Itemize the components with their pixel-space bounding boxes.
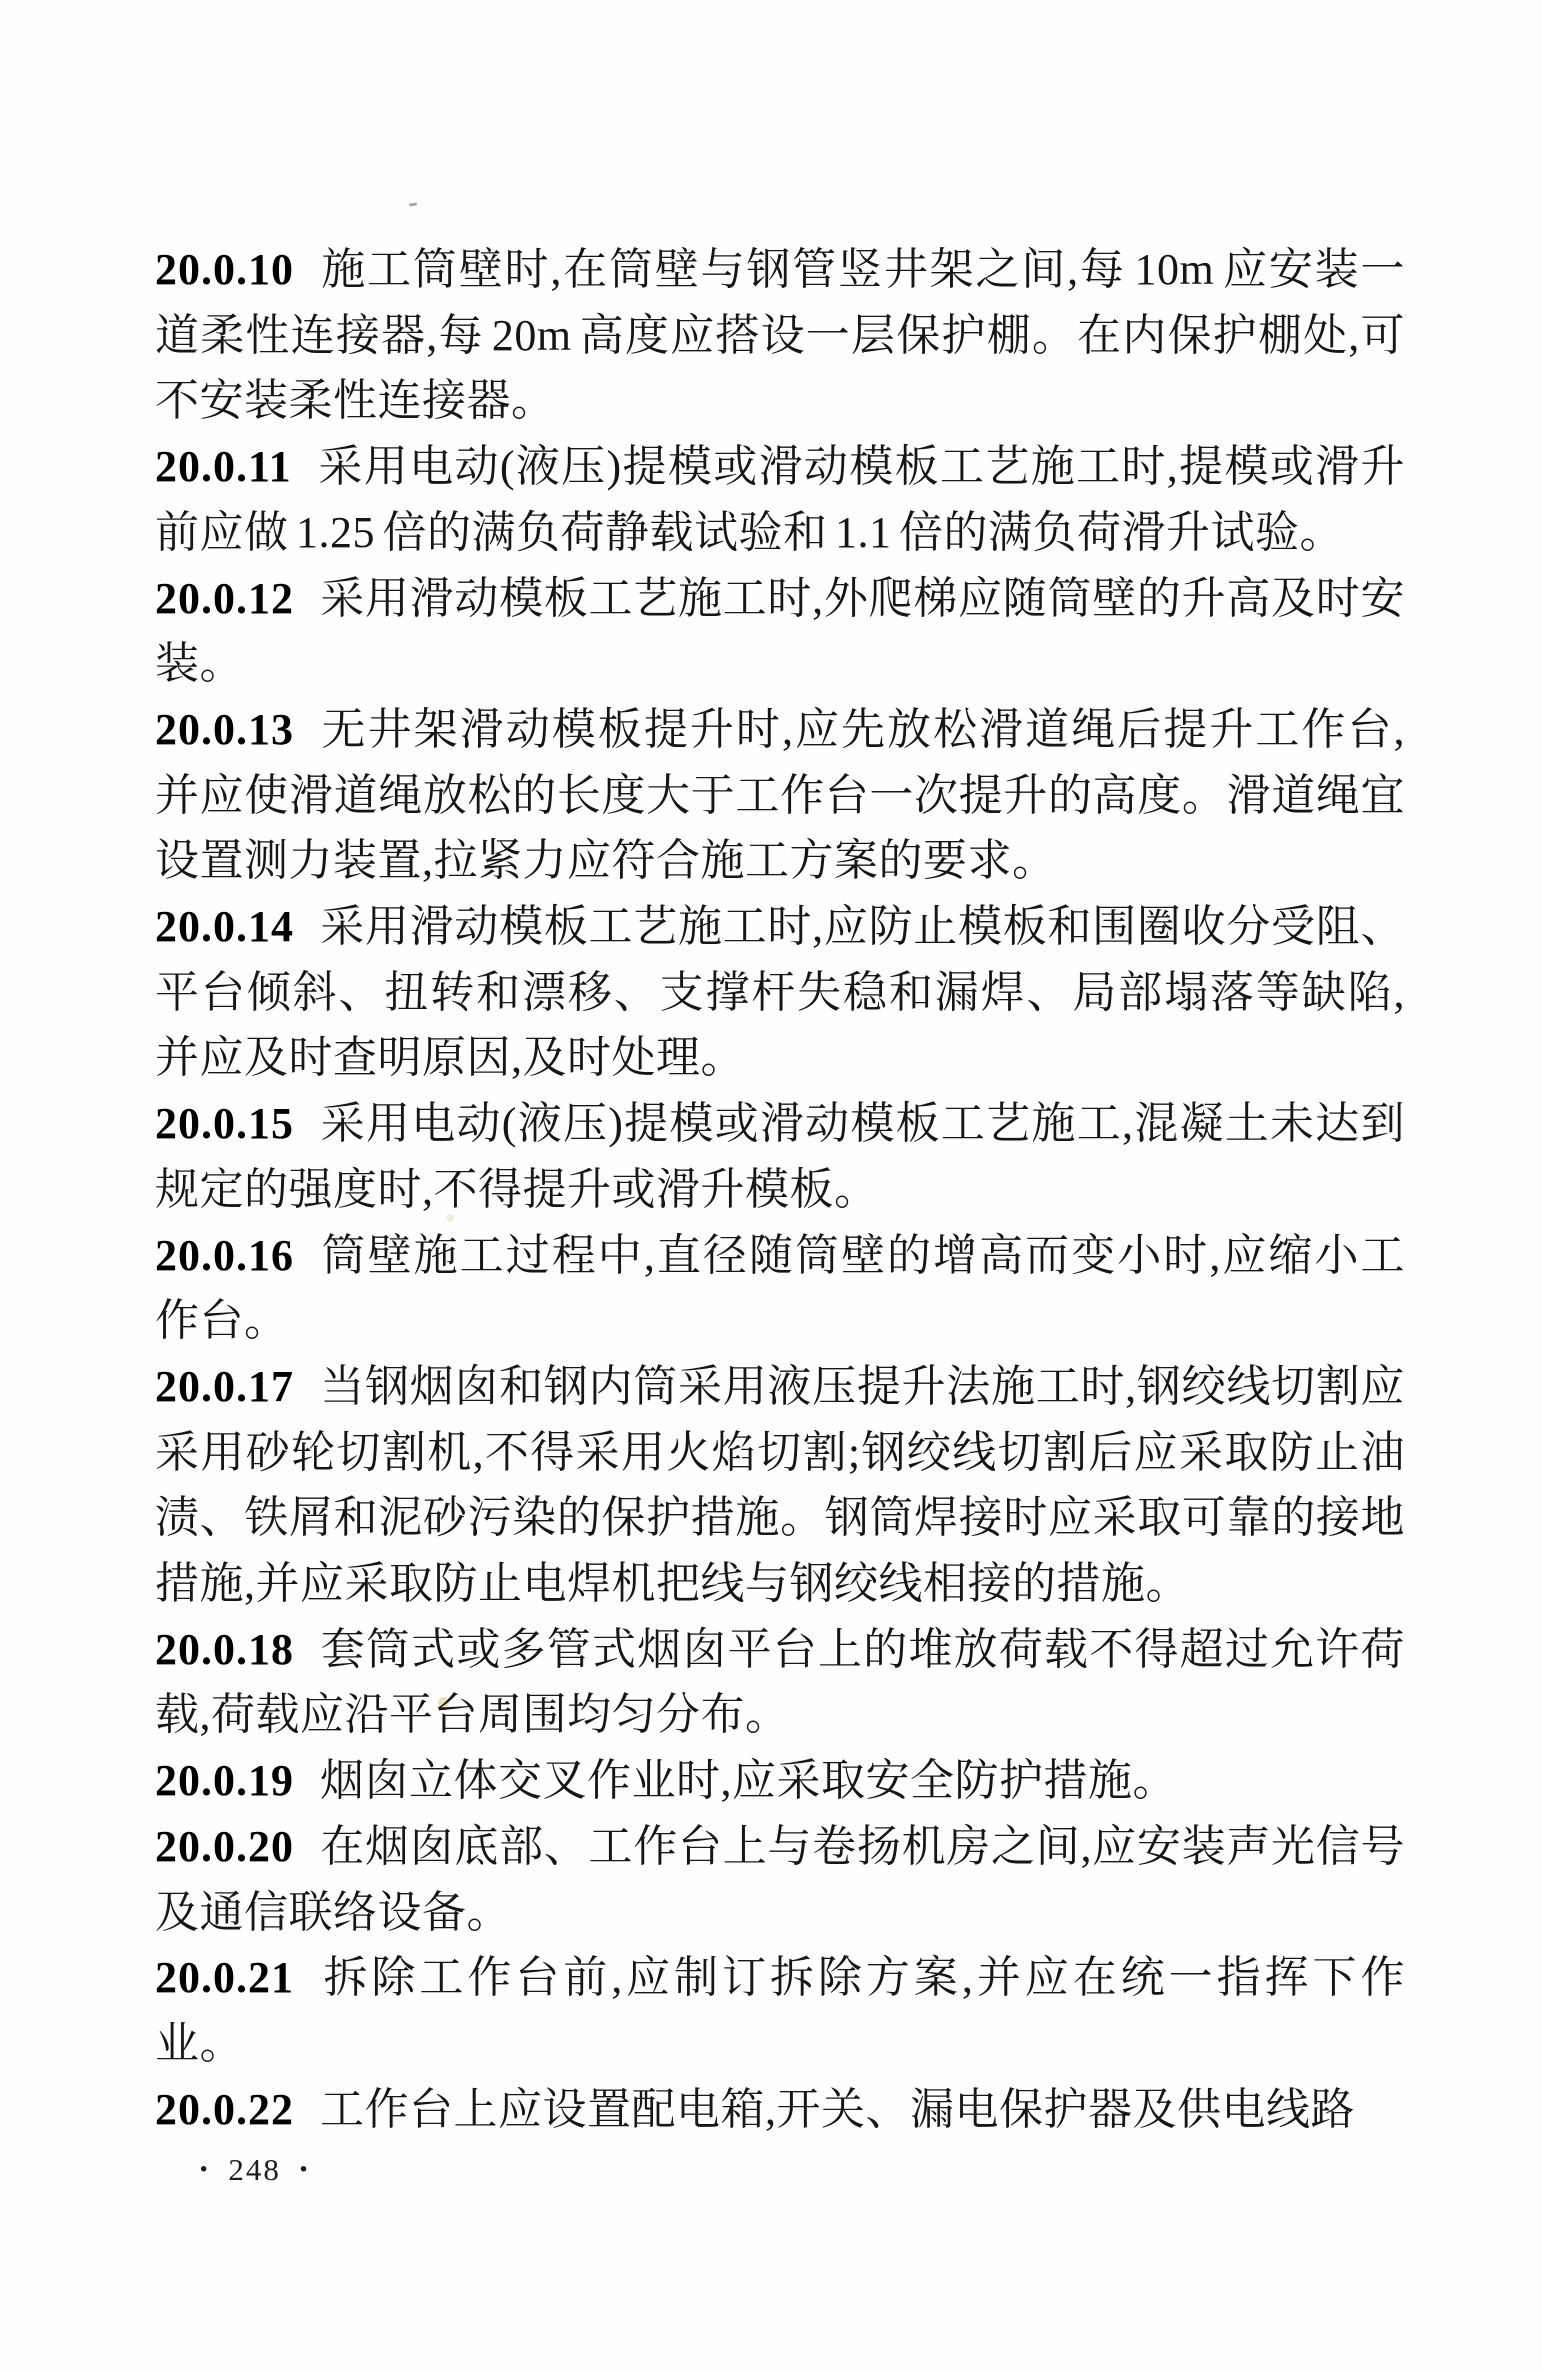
clause-20-0-10: 20.0.10施工筒壁时,在筒壁与钢管竖井架之间,每 10m 应安装一道柔性连接… [155, 237, 1405, 434]
clause-text: 施工筒壁时,在筒壁与钢管竖井架之间,每 10m 应安装一道柔性连接器,每 20m… [155, 245, 1405, 425]
page-number: 248 [228, 2152, 281, 2188]
clause-20-0-15: 20.0.15采用电动(液压)提模或滑动模板工艺施工,混凝土未达到规定的强度时,… [155, 1091, 1405, 1222]
clause-text: 拆除工作台前,应制订拆除方案,并应在统一指挥下作业。 [155, 1953, 1405, 2068]
clause-20-0-21: 20.0.21拆除工作台前,应制订拆除方案,并应在统一指挥下作业。 [155, 1945, 1405, 2076]
clause-number: 20.0.10 [155, 245, 294, 294]
clause-number: 20.0.17 [155, 1362, 294, 1411]
clause-number: 20.0.16 [155, 1231, 294, 1280]
clause-text: 套筒式或多管式烟囱平台上的堆放荷载不得超过允许荷载,荷载应沿平台周围均匀分布。 [155, 1625, 1405, 1740]
clause-text: 采用滑动模板工艺施工时,外爬梯应随筒壁的升高及时安装。 [155, 574, 1405, 689]
clause-text: 筒壁施工过程中,直径随筒壁的增高而变小时,应缩小工作台。 [155, 1231, 1405, 1346]
clause-20-0-18: 20.0.18套筒式或多管式烟囱平台上的堆放荷载不得超过允许荷载,荷载应沿平台周… [155, 1617, 1405, 1748]
clause-text: 烟囱立体交叉作业时,应采取安全防护措施。 [320, 1756, 1177, 1805]
clause-20-0-14: 20.0.14采用滑动模板工艺施工时,应防止模板和围圈收分受阻、平台倾斜、扭转和… [155, 894, 1405, 1091]
clause-20-0-16: 20.0.16筒壁施工过程中,直径随筒壁的增高而变小时,应缩小工作台。 [155, 1223, 1405, 1354]
clause-number: 20.0.14 [155, 902, 294, 951]
clause-20-0-17: 20.0.17当钢烟囱和钢内筒采用液压提升法施工时,钢绞线切割应采用砂轮切割机,… [155, 1354, 1405, 1617]
clause-number: 20.0.11 [155, 442, 292, 491]
clause-20-0-19: 20.0.19烟囱立体交叉作业时,应采取安全防护措施。 [155, 1748, 1405, 1814]
clause-number: 20.0.18 [155, 1625, 294, 1674]
clause-text: 在烟囱底部、工作台上与卷扬机房之间,应安装声光信号及通信联络设备。 [155, 1822, 1405, 1937]
clause-text: 采用电动(液压)提模或滑动模板工艺施工时,提模或滑升前应做 1.25 倍的满负荷… [155, 442, 1405, 557]
clause-number: 20.0.12 [155, 574, 294, 623]
clause-20-0-12: 20.0.12采用滑动模板工艺施工时,外爬梯应随筒壁的升高及时安装。 [155, 566, 1405, 697]
clause-number: 20.0.15 [155, 1099, 294, 1148]
clause-20-0-11: 20.0.11采用电动(液压)提模或滑动模板工艺施工时,提模或滑升前应做 1.2… [155, 434, 1405, 565]
clause-20-0-13: 20.0.13无井架滑动模板提升时,应先放松滑道绳后提升工作台,并应使滑道绳放松… [155, 697, 1405, 894]
clause-20-0-20: 20.0.20在烟囱底部、工作台上与卷扬机房之间,应安装声光信号及通信联络设备。 [155, 1814, 1405, 1945]
clause-text: 当钢烟囱和钢内筒采用液压提升法施工时,钢绞线切割应采用砂轮切割机,不得采用火焰切… [155, 1362, 1405, 1608]
document-page: 20.0.10施工筒壁时,在筒壁与钢管竖井架之间,每 10m 应安装一道柔性连接… [0, 0, 1542, 2371]
clause-number: 20.0.21 [155, 1953, 294, 2002]
clause-number: 20.0.13 [155, 705, 294, 754]
clause-number: 20.0.22 [155, 2085, 294, 2134]
clause-20-0-22: 20.0.22工作台上应设置配电箱,开关、漏电保护器及供电线路 [155, 2077, 1405, 2143]
clause-text: 采用滑动模板工艺施工时,应防止模板和围圈收分受阻、平台倾斜、扭转和漂移、支撑杆失… [155, 902, 1405, 1082]
clause-text: 工作台上应设置配电箱,开关、漏电保护器及供电线路 [320, 2085, 1355, 2134]
text-block: 20.0.10施工筒壁时,在筒壁与钢管竖井架之间,每 10m 应安装一道柔性连接… [155, 237, 1405, 2142]
footer-right-dot: · [298, 2153, 311, 2187]
scan-artifact-dash [409, 202, 417, 206]
clause-text: 无井架滑动模板提升时,应先放松滑道绳后提升工作台,并应使滑道绳放松的长度大于工作… [155, 705, 1405, 885]
clause-number: 20.0.19 [155, 1756, 294, 1805]
clause-text: 采用电动(液压)提模或滑动模板工艺施工,混凝土未达到规定的强度时,不得提升或滑升… [155, 1099, 1405, 1214]
page-footer: · 248 · [198, 2152, 311, 2188]
clause-number: 20.0.20 [155, 1822, 294, 1871]
footer-left-dot: · [198, 2153, 211, 2187]
